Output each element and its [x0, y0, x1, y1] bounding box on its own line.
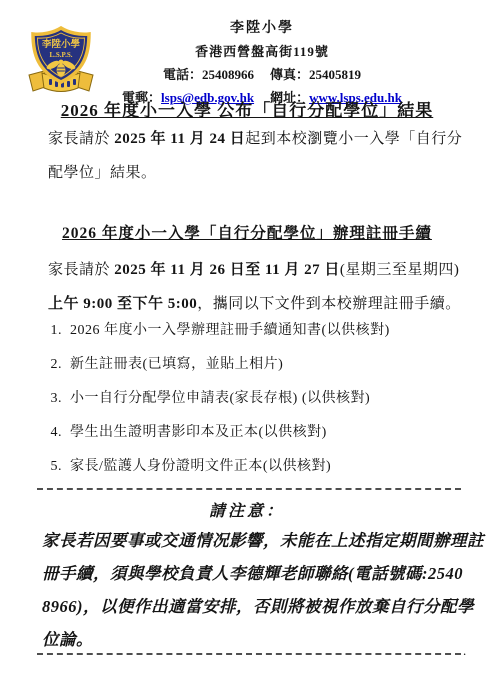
school-name: 李陞小學	[30, 17, 494, 37]
text-line: 位論。	[42, 623, 480, 656]
divider-bottom	[37, 653, 461, 655]
registration-title: 2026 年度小一入學「自行分配學位」辦理註冊手續	[0, 221, 494, 243]
school-address: 香港西營盤高街119號	[30, 41, 494, 60]
text-line: 上午 9:00 至下午 5:00，攜同以下文件到本校辦理註冊手續。	[48, 287, 474, 321]
letterhead: 李陞小學 香港西營盤高街119號 電話：25408966傳真：25405819 …	[30, 17, 494, 106]
document-page: 李陞小學 L.S.P.S. 李陞小學 香港西營盤高街119號 電話：254089…	[0, 0, 494, 700]
phone-label: 電話：	[163, 67, 202, 82]
notice-paragraph: 家長若因要事或交通情况影響，未能在上述指定期間辦理註冊手續，須與學校負責人李德輝…	[42, 524, 480, 656]
results-paragraph: 家長請於 2025 年 11 月 24 日起到本校瀏覽小一入學「自行分配學位」結…	[48, 122, 474, 190]
text-line: 8966)，以便作出適當安排，否則將被視作放棄自行分配學	[42, 590, 480, 623]
text-line: 家長請於 2025 年 11 月 24 日起到本校瀏覽小一入學「自行分	[48, 122, 474, 156]
fax-number: 25405819	[309, 67, 361, 82]
results-title: 2026 年度小一入學 公布「自行分配學位」結果	[0, 96, 494, 121]
fax-label: 傳真：	[270, 67, 309, 82]
notice-heading: 請注意：	[0, 498, 494, 521]
document-list-item: 學生出生證明書影印本及正本(以供核對)	[66, 423, 460, 457]
text-line: 家長請於 2025 年 11 月 26 日至 11 月 27 日(星期三至星期四…	[48, 253, 474, 287]
text-line: 家長若因要事或交通情况影響，未能在上述指定期間辦理註	[42, 524, 480, 557]
document-list-item: 小一自行分配學位申請表(家長存根) (以供核對)	[66, 389, 460, 423]
document-list-item: 2026 年度小一入學辦理註冊手續通知書(以供核對)	[66, 321, 460, 355]
text-line: 配學位」結果。	[48, 156, 474, 190]
text-line: 冊手續，須與學校負責人李德輝老師聯絡(電話號碼:2540	[42, 557, 480, 590]
document-list-item: 新生註冊表(已填寫，並貼上相片)	[66, 355, 460, 389]
phone-fax-line: 電話：25408966傳真：25405819	[30, 64, 494, 83]
divider-trailing-period: .	[463, 643, 466, 659]
required-documents-list: 2026 年度小一入學辦理註冊手續通知書(以供核對)新生註冊表(已填寫，並貼上相…	[0, 321, 460, 491]
document-list-item: 家長/監護人身份證明文件正本(以供核對)	[66, 457, 460, 491]
phone-number: 25408966	[202, 67, 254, 82]
registration-paragraph: 家長請於 2025 年 11 月 26 日至 11 月 27 日(星期三至星期四…	[48, 253, 474, 321]
divider-top	[37, 488, 461, 490]
